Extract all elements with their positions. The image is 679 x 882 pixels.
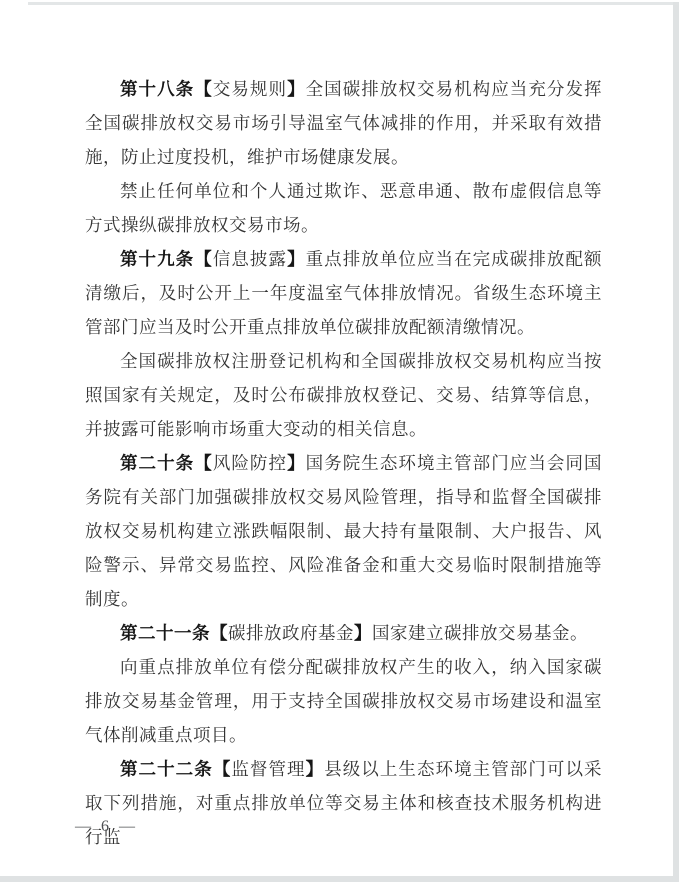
bracket-close: 】: [287, 249, 306, 269]
bracket-open: 【: [213, 759, 232, 779]
paragraph: 第十九条【信息披露】重点排放单位应当在完成碳排放配额清缴后，及时公开上一年度温室…: [85, 242, 602, 344]
article-number: 第十九条: [120, 249, 194, 269]
paragraph: 全国碳排放权注册登记机构和全国碳排放权交易机构应当按照国家有关规定，及时公布碳排…: [85, 344, 602, 446]
body: 国家建立碳排放交易基金。: [372, 623, 588, 643]
paragraph: 第二十一条【碳排放政府基金】国家建立碳排放交易基金。: [85, 616, 602, 650]
article-title: 交易规则: [213, 79, 287, 99]
paragraph: 向重点排放单位有偿分配碳排放权产生的收入，纳入国家碳排放交易基金管理，用于支持全…: [85, 650, 602, 752]
scan-edge-right: [673, 2, 679, 876]
body: 禁止任何单位和个人通过欺诈、恶意串通、散布虚假信息等方式操纵碳排放权交易市场。: [85, 181, 602, 235]
bracket-close: 】: [287, 453, 306, 473]
body: 国务院生态环境主管部门应当会同国务院有关部门加强碳排放权交易风险管理，指导和监督…: [85, 453, 602, 609]
body: 全国碳排放权注册登记机构和全国碳排放权交易机构应当按照国家有关规定，及时公布碳排…: [85, 351, 602, 439]
scanned-document-page: 第十八条【交易规则】全国碳排放权交易机构应当充分发挥全国碳排放权交易市场引导温室…: [0, 0, 679, 882]
article-number: 第二十一条: [120, 623, 210, 643]
scan-edge-top: [28, 2, 679, 5]
paragraph: 第二十二条【监督管理】县级以上生态环境主管部门可以采取下列措施，对重点排放单位等…: [85, 752, 602, 854]
bracket-close: 】: [306, 759, 325, 779]
body: 向重点排放单位有偿分配碳排放权产生的收入，纳入国家碳排放交易基金管理，用于支持全…: [85, 657, 602, 745]
bracket-close: 】: [354, 623, 372, 643]
paragraph: 第十八条【交易规则】全国碳排放权交易机构应当充分发挥全国碳排放权交易市场引导温室…: [85, 72, 602, 174]
article-number: 第二十条: [120, 453, 194, 473]
bracket-open: 【: [194, 453, 213, 473]
page-number: — 6 —: [75, 818, 138, 836]
article-title: 风险防控: [213, 453, 287, 473]
article-number: 第二十二条: [120, 759, 213, 779]
paragraph: 禁止任何单位和个人通过欺诈、恶意串通、散布虚假信息等方式操纵碳排放权交易市场。: [85, 174, 602, 242]
bracket-open: 【: [194, 79, 213, 99]
scan-edge-bottom: [0, 876, 679, 882]
article-title: 信息披露: [213, 249, 287, 269]
article-number: 第十八条: [120, 79, 194, 99]
bracket-close: 】: [287, 79, 306, 99]
article-title: 碳排放政府基金: [228, 623, 354, 643]
article-title: 监督管理: [231, 759, 305, 779]
bracket-open: 【: [210, 623, 228, 643]
document-body: 第十八条【交易规则】全国碳排放权交易机构应当充分发挥全国碳排放权交易市场引导温室…: [85, 72, 602, 854]
bracket-open: 【: [194, 249, 213, 269]
paragraph: 第二十条【风险防控】国务院生态环境主管部门应当会同国务院有关部门加强碳排放权交易…: [85, 446, 602, 616]
